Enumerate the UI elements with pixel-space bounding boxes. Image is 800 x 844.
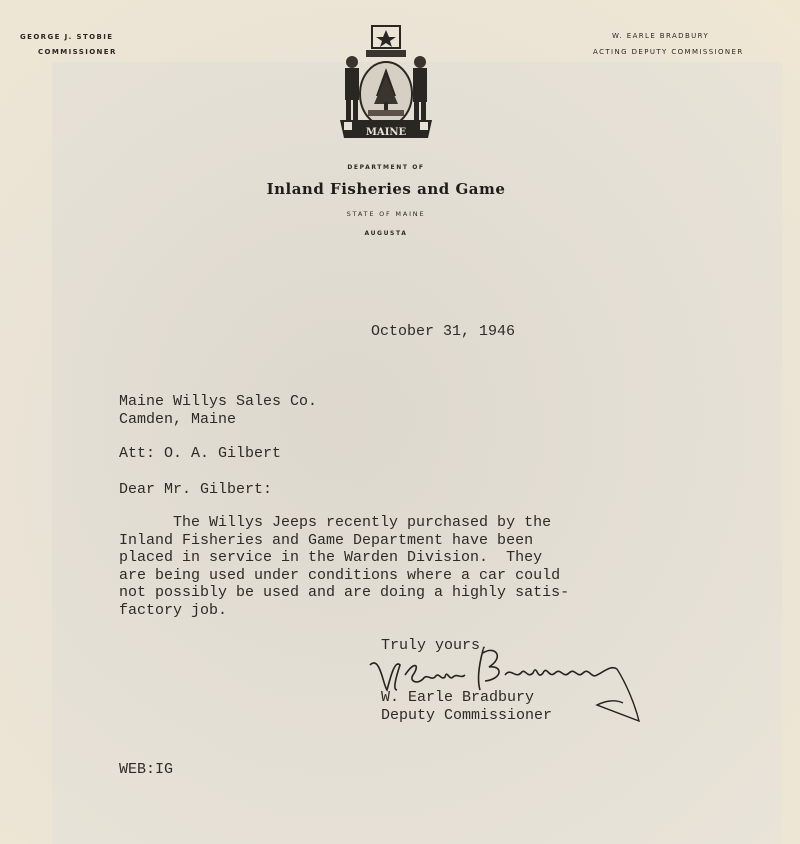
state-label: State of Maine: [0, 210, 772, 218]
letter-date: October 31, 1946: [371, 323, 515, 341]
salutation: Dear Mr. Gilbert:: [119, 481, 272, 499]
department-name: Inland Fisheries and Game: [0, 180, 772, 198]
deputy-commissioner-title: Acting Deputy Commissioner: [593, 48, 744, 56]
attention-line: Att: O. A. Gilbert: [119, 445, 281, 463]
recipient-line-2: Camden, Maine: [119, 411, 236, 429]
deputy-commissioner-name: W. Earle Bradbury: [612, 32, 709, 40]
letter-body: The Willys Jeeps recently purchased by t…: [119, 514, 569, 619]
reference-initials: WEB:IG: [119, 761, 173, 779]
commissioner-name: George J. Stobie: [20, 33, 113, 41]
signer-title: Deputy Commissioner: [381, 707, 552, 725]
maine-state-seal-icon: MAINE: [336, 24, 436, 142]
recipient-line-1: Maine Willys Sales Co.: [119, 393, 317, 411]
letter-page: George J. Stobie Commissioner W. Earle B…: [0, 0, 800, 844]
commissioner-title: Commissioner: [38, 48, 117, 56]
svg-text:MAINE: MAINE: [366, 127, 407, 138]
city-label: Augusta: [0, 230, 772, 237]
department-of-label: Department of: [0, 164, 772, 171]
signer-name: W. Earle Bradbury: [381, 689, 534, 707]
